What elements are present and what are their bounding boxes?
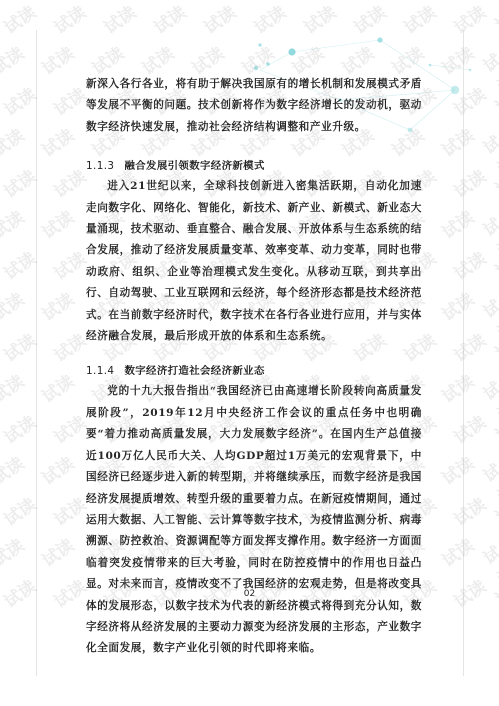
watermark-text: 试读 xyxy=(0,163,40,203)
watermark-text: 试读 xyxy=(477,47,499,98)
intro-paragraph: 新深入各行各业，将有助于解决我国原有的增长机制和发展模式矛盾等发展不平衡的问题。… xyxy=(86,74,422,138)
watermark-text: 试读 xyxy=(477,129,499,180)
watermark-text: 试读 xyxy=(0,327,40,367)
watermark-text: 试读 xyxy=(477,211,499,262)
watermark-text: 试读 xyxy=(0,532,28,572)
document-body: 新深入各行各业，将有助于解决我国原有的增长机制和发展模式矛盾等发展不平衡的问题。… xyxy=(86,74,422,660)
watermark-text: 试读 xyxy=(0,286,28,326)
watermark-text: 试读 xyxy=(477,375,499,426)
section-heading-1-1-4: 1.1.4数字经济打造社会经济新业态 xyxy=(86,361,422,381)
watermark-text: 试读 xyxy=(0,409,40,449)
section-paragraph: 进入21世纪以来，全球科技创新进入密集活跃期，自动化加速走向数字化、网络化、智能… xyxy=(86,176,422,347)
section-title: 融合发展引领数字经济新模式 xyxy=(124,160,264,172)
watermark-text: 试读 xyxy=(0,122,28,162)
section-title: 数字经济打造社会经济新业态 xyxy=(124,365,264,377)
watermark-text: 试读 xyxy=(477,539,499,590)
watermark-text: 试读 xyxy=(0,81,40,121)
watermark-text: 试读 xyxy=(0,245,40,285)
watermark-text: 试读 xyxy=(489,334,499,385)
watermark-text: 试读 xyxy=(0,368,28,408)
watermark-text: 试读 xyxy=(489,88,499,139)
watermark-text: 试读 xyxy=(489,6,499,57)
section-number: 1.1.4 xyxy=(86,365,114,377)
watermark-text: 试读 xyxy=(489,498,499,549)
watermark-text: 试读 xyxy=(0,450,28,490)
page-number: 02 xyxy=(0,589,499,599)
section-paragraph: 党的十九大报告指出“我国经济已由高速增长阶段转向高质量发展阶段”，2019年12… xyxy=(86,381,422,659)
watermark-text: 试读 xyxy=(477,457,499,508)
watermark-text: 试读 xyxy=(489,416,499,467)
section-heading-1-1-3: 1.1.3融合发展引领数字经济新模式 xyxy=(86,156,422,176)
section-number: 1.1.3 xyxy=(86,160,114,172)
watermark-text: 试读 xyxy=(489,252,499,303)
watermark-text: 试读 xyxy=(0,0,40,38)
watermark-text: 试读 xyxy=(489,580,499,631)
watermark-text: 试读 xyxy=(0,204,28,244)
watermark-text: 试读 xyxy=(0,40,28,80)
watermark-text: 试读 xyxy=(489,170,499,221)
watermark-text: 试读 xyxy=(0,491,40,531)
watermark-text: 试读 xyxy=(477,293,499,344)
